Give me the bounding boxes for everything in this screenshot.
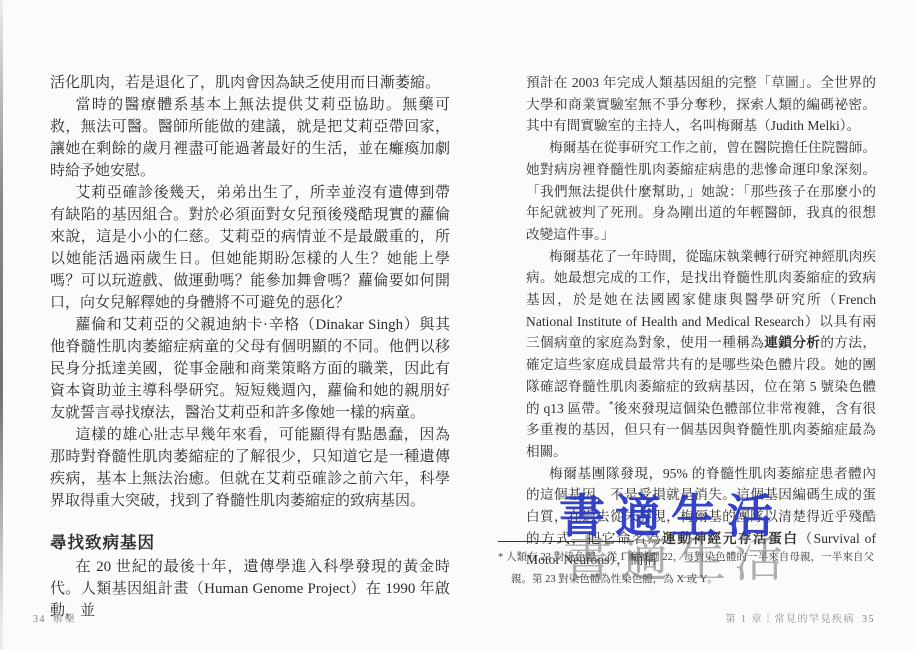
left-page-footer: 34解藥 <box>33 610 76 625</box>
text-run: 蘿倫和艾莉亞的父親迪納卡·辛格（Dinakar Singh）與其他脊髓性肌肉萎縮… <box>50 317 450 421</box>
right-page: 預計在 2003 年完成人類基因組的完整「草圖」。全世界的大學和商業實驗室無不爭… <box>526 72 876 571</box>
footnote-rule <box>498 541 634 542</box>
paragraph: 蘿倫和艾莉亞的父親迪納卡·辛格（Dinakar Singh）與其他脊髓性肌肉萎縮… <box>50 314 450 424</box>
left-page-text: 活化肌肉，若是退化了，肌肉會因為缺乏使用而日漸萎縮。當時的醫療體系基本上無法提供… <box>50 72 450 622</box>
text-run: 當時的醫療體系基本上無法提供艾莉亞協助。無藥可救，無法可醫。醫師所能做的建議，就… <box>50 97 450 179</box>
paragraph: 這樣的雄心壯志早幾年來看，可能顯得有點愚蠢，因為那時對脊髓性肌肉萎縮症的了解很少… <box>50 424 450 512</box>
paragraph: 活化肌肉，若是退化了，肌肉會因為缺乏使用而日漸萎縮。 <box>50 72 450 94</box>
text-run: 預計在 2003 年完成人類基因組的完整「草圖」。全世界的大學和商業實驗室無不爭… <box>526 75 876 133</box>
footnote: * 人類有 23 對染色體，從 1 編號到 22，每對染色體的一半來自母親，一半… <box>498 541 874 591</box>
left-page: 活化肌肉，若是退化了，肌肉會因為缺乏使用而日漸萎縮。當時的醫療體系基本上無法提供… <box>50 72 450 622</box>
paragraph: 梅爾基在從事研究工作之前，曾在醫院擔任住院醫師。她對病房裡脊髓性肌肉萎縮症病患的… <box>526 137 876 246</box>
text-run: 在 20 世紀的最後十年，遺傳學進入科學發現的黃金時代。人類基因組計畫（Huma… <box>50 559 450 619</box>
book-title: 解藥 <box>53 614 76 625</box>
section-heading: 尋找致病基因 <box>50 532 450 554</box>
text-run: 艾莉亞確診後幾天，弟弟出生了，所幸並沒有遺傳到帶有缺陷的基因組合。對於必須面對女… <box>50 185 450 311</box>
paragraph: 艾莉亞確診後幾天，弟弟出生了，所幸並沒有遺傳到帶有缺陷的基因組合。對於必須面對女… <box>50 182 450 314</box>
right-page-number: 35 <box>862 614 875 625</box>
paragraph: 預計在 2003 年完成人類基因組的完整「草圖」。全世界的大學和商業實驗室無不爭… <box>526 72 876 137</box>
right-page-text: 預計在 2003 年完成人類基因組的完整「草圖」。全世界的大學和商業實驗室無不爭… <box>526 72 876 571</box>
text-run: 這樣的雄心壯志早幾年來看，可能顯得有點愚蠢，因為那時對脊髓性肌肉萎縮症的了解很少… <box>50 427 450 509</box>
paragraph: 當時的醫療體系基本上無法提供艾莉亞協助。無藥可救，無法可醫。醫師所能做的建議，就… <box>50 94 450 182</box>
text-run: 尋找致病基因 <box>50 533 155 552</box>
emphasis-text: 連鎖分析 <box>764 335 820 350</box>
paragraph: 在 20 世紀的最後十年，遺傳學進入科學發現的黃金時代。人類基因組計畫（Huma… <box>50 556 450 622</box>
paragraph: 梅爾基花了一年時間，從臨床執業轉行研究神經肌肉疾病。她最想完成的工作，是找出脊髓… <box>526 246 876 463</box>
scan-spine-shadow <box>0 0 3 650</box>
right-page-footer: 第 1 章｜常見的罕見疾病35 <box>726 610 876 625</box>
text-run: 梅爾基在從事研究工作之前，曾在醫院擔任住院醫師。她對病房裡脊髓性肌肉萎縮症病患的… <box>526 140 876 242</box>
book-spread: 活化肌肉，若是退化了，肌肉會因為缺乏使用而日漸萎縮。當時的醫療體系基本上無法提供… <box>0 0 916 650</box>
footnote-text: * 人類有 23 對染色體，從 1 編號到 22，每對染色體的一半來自母親，一半… <box>498 547 874 591</box>
text-run: 活化肌肉，若是退化了，肌肉會因為缺乏使用而日漸萎縮。 <box>50 75 440 91</box>
left-page-number: 34 <box>33 614 46 625</box>
chapter-label: 第 1 章｜常見的罕見疾病 <box>726 614 856 625</box>
